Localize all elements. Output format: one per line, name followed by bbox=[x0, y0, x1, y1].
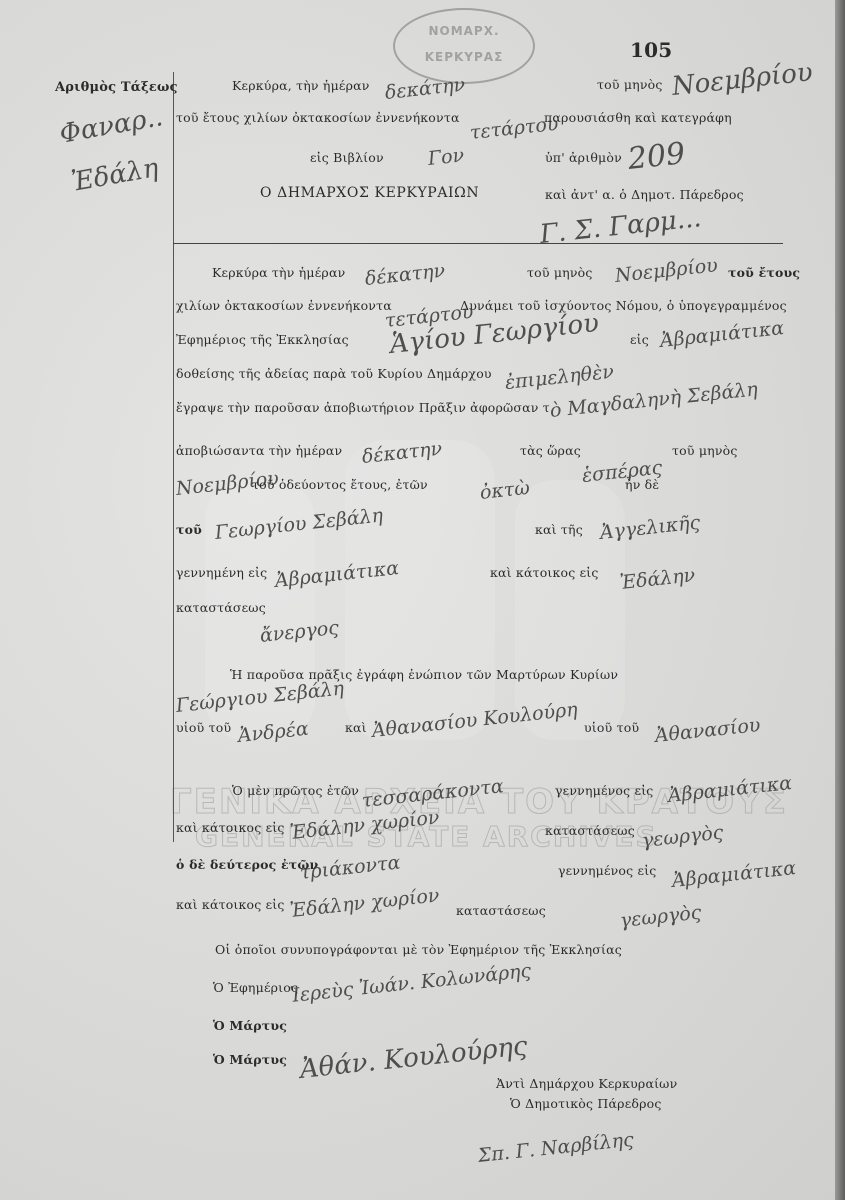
reg-line1-prefix: Κερκύρα, τὴν ἡμέραν bbox=[232, 78, 370, 93]
second-witness-status: γεωργὸς bbox=[619, 902, 703, 932]
act-l2-suffix: Δυνάμει τοῦ ἰσχύοντος Νόμου, ὁ ὑπογεγραμ… bbox=[460, 298, 787, 313]
act-place: Ἀβραμιάτικα bbox=[659, 317, 785, 352]
witness1-son-of: υἱοῦ τοῦ bbox=[176, 720, 231, 735]
reg-month: Νοεμβρίου bbox=[670, 57, 814, 102]
prefecture-stamp: ΝΟΜΑΡΧ. ΚΕΡΚΥΡΑΣ bbox=[393, 8, 535, 84]
reg-line2-suffix: παρουσιάσθη καὶ κατεγράφη bbox=[544, 110, 732, 125]
act-hours-label: τὰς ὥρας bbox=[520, 443, 581, 458]
act-l1-month-label: τοῦ μηνὸς bbox=[527, 265, 593, 280]
priest-signature: Ἰερεὺς Ἰωάν. Κολωνάρης bbox=[289, 960, 532, 1007]
witness-and-label: καὶ bbox=[345, 720, 367, 735]
act-l8-prefix: τοῦ bbox=[176, 522, 202, 537]
reg-book-label: εἰς Βιβλίον bbox=[310, 150, 384, 165]
deputy-line-1: Ἀντὶ Δημάρχου Κερκυραίων bbox=[496, 1076, 677, 1091]
page-number: 105 bbox=[630, 38, 672, 62]
second-witness-status-label: καταστάσεως bbox=[456, 903, 546, 918]
witness2-sig-label: Ὁ Μάρτυς bbox=[213, 1052, 287, 1067]
reg-deputy: καὶ ἀντ' α. ὁ Δημοτ. Πάρεδρος bbox=[545, 187, 744, 202]
stamp-line-1: ΝΟΜΑΡΧ. bbox=[395, 24, 533, 38]
act-l2-prefix: χιλίων ὀκτακοσίων ἐννενήκοντα bbox=[176, 298, 392, 313]
stamp-line-2: ΚΕΡΚΥΡΑΣ bbox=[395, 50, 533, 64]
margin-label: Αριθμὸς Τάξεως bbox=[55, 80, 178, 95]
reg-day: δεκάτην bbox=[384, 74, 466, 104]
witness2-signature: Ἀθάν. Κουλούρης bbox=[298, 1031, 528, 1085]
closing-statement: Οἱ ὁποῖοι συνυπογράφονται μὲ τὸν Ἐφημέρι… bbox=[215, 942, 622, 957]
act-l8-mid: καὶ τῆς bbox=[535, 522, 583, 537]
priest-label: Ὁ Ἐφημέριος bbox=[213, 980, 298, 995]
witnesses-intro: Ἡ παροῦσα πρᾶξις ἐγράφη ἐνώπιον τῶν Μαρτ… bbox=[230, 667, 618, 682]
act-resident: Ἐδάλην bbox=[619, 564, 696, 594]
margin-handwritten-1: Φαναρ.. bbox=[57, 102, 165, 150]
second-witness-born: Ἀβραμιάτικα bbox=[671, 857, 797, 892]
act-l1-year-label: τοῦ ἔτους bbox=[728, 265, 800, 280]
second-witness-res-label: καὶ κάτοικος εἰς bbox=[176, 897, 285, 912]
reg-mayor: Ο ΔΗΜΑΡΧΟΣ ΚΕΡΚΥΡΑΙΩΝ bbox=[260, 185, 479, 201]
act-l10-prefix: καταστάσεως bbox=[176, 600, 266, 615]
act-l4-prefix: δοθείσης τῆς ἀδείας παρὰ τοῦ Κυρίου Δημά… bbox=[176, 366, 492, 381]
second-witness-born-label: γεννημένος εἰς bbox=[558, 863, 657, 878]
reg-line2-prefix: τοῦ ἔτους χιλίων ὀκτακοσίων ἐννενήκοντα bbox=[176, 110, 460, 125]
second-witness-prefix: ὁ δὲ δεύτερος ἐτῶν bbox=[176, 857, 318, 872]
first-witness-prefix: Ὁ μὲν πρῶτος ἐτῶν bbox=[232, 783, 359, 798]
document-page: ΓΕΝΙΚΑ ΑΡΧΕΙΑ ΤΟΥ ΚΡΑΤΟΥΣ GENERAL STATE … bbox=[0, 0, 845, 1200]
reg-number-label: ὑπ' ἀριθμὸν bbox=[545, 150, 622, 165]
margin-rule bbox=[173, 72, 174, 842]
first-witness-born-label: γεννημένος εἰς bbox=[555, 783, 654, 798]
reg-number: 209 bbox=[626, 136, 687, 177]
witness1-sig-label: Ὁ Μάρτυς bbox=[213, 1018, 287, 1033]
act-l6-prefix: ἀποβιώσαντα τὴν ἡμέραν bbox=[176, 443, 342, 458]
deputy-signature: Σπ. Γ. Ναρβίλης bbox=[477, 1129, 635, 1167]
first-witness-res-label: καὶ κάτοικος εἰς bbox=[176, 820, 285, 835]
witness2-son-of: υἱοῦ τοῦ bbox=[584, 720, 639, 735]
second-witness-resident: Ἐδάλην χωρίον bbox=[289, 884, 441, 922]
act-l5-prefix: ἔγραψε τὴν παροῦσαν ἀποβιωτήριον Πρᾶξιν … bbox=[176, 400, 550, 415]
act-l7-suffix: ἦν δὲ bbox=[625, 477, 659, 492]
first-witness-status-label: καταστάσεως bbox=[545, 823, 635, 838]
act-l1-prefix: Κερκύρα τὴν ἡμέραν bbox=[212, 265, 345, 280]
act-l9-prefix: γεννημένη εἰς bbox=[176, 565, 267, 580]
witness2-father: Ἀθανασίου bbox=[654, 714, 762, 747]
deputy-line-2: Ὁ Δημοτικὸς Πάρεδρος bbox=[510, 1096, 662, 1111]
act-l7-mid: τοῦ ὁδεύοντος ἔτους, ἐτῶν bbox=[252, 477, 428, 492]
act-l9-mid: καὶ κάτοικος εἰς bbox=[490, 565, 599, 580]
act-l4-hw: ἐπιμεληθὲν bbox=[504, 361, 615, 394]
act-l3-in: εἰς bbox=[630, 332, 649, 347]
act-l3-prefix: Ἐφημέριος τῆς Ἐκκλησίας bbox=[176, 332, 349, 347]
act-month: Νοεμβρίου bbox=[614, 254, 719, 287]
reg-book: Γον bbox=[427, 144, 465, 170]
act-l6-month-label: τοῦ μηνὸς bbox=[672, 443, 738, 458]
book-binding-edge bbox=[835, 0, 845, 1200]
header-rule bbox=[173, 243, 783, 244]
margin-handwritten-2: Ἐδάλη bbox=[69, 153, 160, 198]
reg-month-label: τοῦ μηνὸς bbox=[597, 77, 663, 92]
act-day: δέκατην bbox=[364, 260, 446, 290]
